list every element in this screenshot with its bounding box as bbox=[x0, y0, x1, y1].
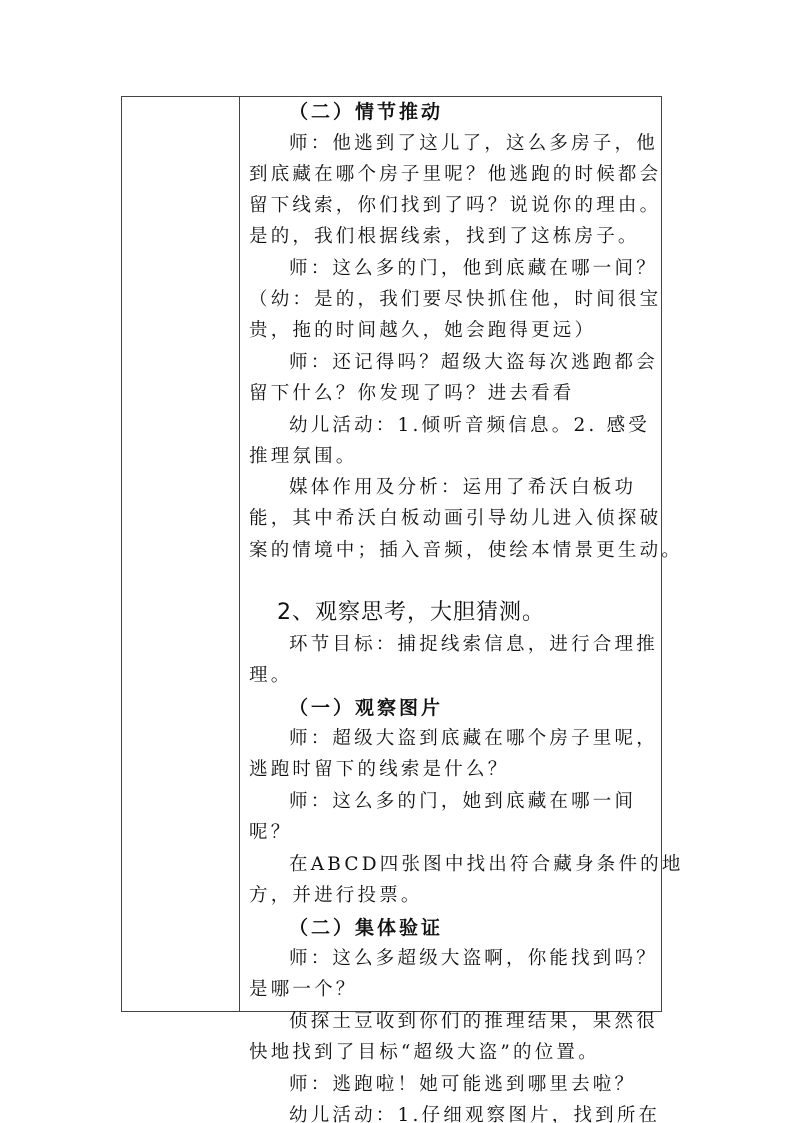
paragraph-line: 留下线索，你们找到了吗？说说你的理由。 bbox=[249, 195, 661, 217]
paragraph-line: 师：这么多的门，她到底藏在哪一间 bbox=[249, 791, 636, 813]
paragraph-line: 师：他逃到了这儿了，这么多房子，他 bbox=[249, 133, 658, 155]
paragraph-line: 环节目标：捕捉线索信息，进行合理推 bbox=[249, 634, 658, 656]
table-left-cell bbox=[122, 97, 240, 1011]
paragraph-line: 推理氛围。 bbox=[249, 446, 358, 468]
document-page: （二）情节推动师：他逃到了这儿了，这么多房子，他到底藏在哪个房子里呢？他逃跑的时… bbox=[0, 0, 794, 1123]
paragraph-line: 留下什么？你发现了吗？进去看看 bbox=[249, 383, 575, 405]
paragraph-line: 呢？ bbox=[249, 822, 292, 844]
paragraph-line: 理。 bbox=[249, 665, 292, 687]
paragraph-line: 逃跑时留下的线索是什么？ bbox=[249, 759, 509, 781]
paragraph-line: 是哪一个？ bbox=[249, 979, 358, 1001]
paragraph-line: 幼儿活动：1.仔细观察图片，找到所在 bbox=[249, 1105, 660, 1123]
paragraph-line: 是的，我们根据线索，找到了这栋房子。 bbox=[249, 226, 640, 248]
paragraph-line: 侦探土豆收到你们的推理结果，果然很 bbox=[249, 1011, 658, 1033]
paragraph-line: 师：超级大盗到底藏在哪个房子里呢， bbox=[249, 728, 658, 750]
subsection-heading: （二）集体验证 bbox=[249, 917, 443, 939]
paragraph-line: （幼：是的，我们要尽快抓住他，时间很宝 bbox=[249, 289, 661, 311]
paragraph-line: 幼儿活动：1.倾听音频信息。2. 感受 bbox=[249, 415, 650, 437]
paragraph-line: 媒体作用及分析：运用了希沃白板功 bbox=[249, 477, 636, 499]
paragraph-line: 能，其中希沃白板动画引导幼儿进入侦探破 bbox=[249, 508, 661, 530]
paragraph-line: 方，并进行投票。 bbox=[249, 885, 423, 907]
lesson-table: （二）情节推动师：他逃到了这儿了，这么多房子，他到底藏在哪个房子里呢？他逃跑的时… bbox=[121, 96, 662, 1012]
subsection-heading: （二）情节推动 bbox=[249, 101, 443, 123]
paragraph-line: 师：还记得吗？超级大盗每次逃跑都会 bbox=[249, 352, 658, 374]
table-right-cell: （二）情节推动师：他逃到了这儿了，这么多房子，他到底藏在哪个房子里呢？他逃跑的时… bbox=[240, 97, 661, 1011]
subsection-heading: （一）观察图片 bbox=[249, 697, 443, 719]
paragraph-line: 师：逃跑啦！她可能逃到哪里去啦？ bbox=[249, 1074, 636, 1096]
paragraph-line: 师：这么多超级大盗啊，你能找到吗？ bbox=[249, 948, 658, 970]
paragraph-line: 到底藏在哪个房子里呢？他逃跑的时候都会 bbox=[249, 164, 661, 186]
paragraph-line: 贵，拖的时间越久，她会跑得更远） bbox=[249, 320, 596, 342]
paragraph-line: 案的情境中；插入音频，使绘本情景更生动。 bbox=[249, 540, 683, 562]
paragraph-line: 快地找到了目标“超级大盗”的位置。 bbox=[249, 1042, 600, 1064]
section-heading: 2、观察思考，大胆猜测。 bbox=[249, 602, 545, 624]
paragraph-line: 在ABCD四张图中找出符合藏身条件的地 bbox=[249, 854, 684, 876]
paragraph-line: 师：这么多的门，他到底藏在哪一间？ bbox=[249, 258, 658, 280]
